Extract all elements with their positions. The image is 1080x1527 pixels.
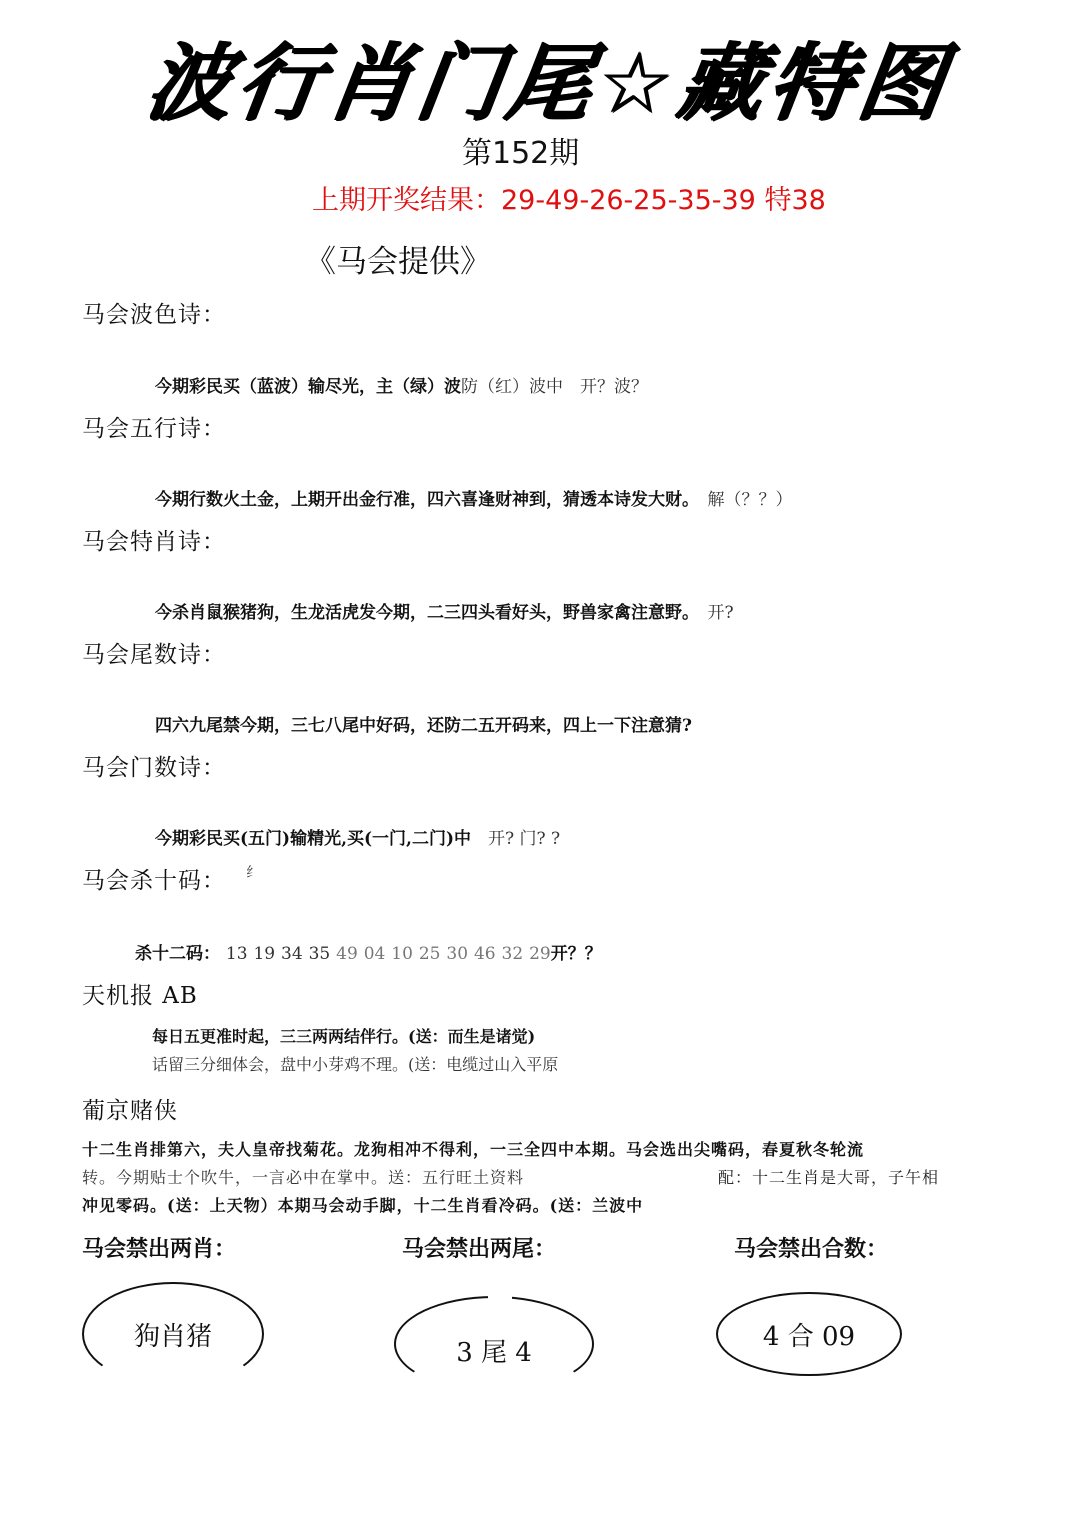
- kill-twelve-number: 34: [281, 944, 303, 964]
- stray-mark: 纟: [246, 862, 260, 882]
- poem-text-bold: 今期彩民买（蓝波）输尽光，主（绿）波: [155, 377, 461, 397]
- poem-text-bold: 今期彩民买(五门)输精光,买(一门,二门)中: [155, 829, 471, 849]
- kill-twelve-number: 19: [253, 944, 275, 964]
- poem-five-elements: 今期行数火土金，上期开出金行准，四六喜逢财神到，猜透本诗发大财。 解（？？）: [155, 485, 793, 510]
- tianji-line: 每日五更准时起，三三两两结伴行。(送：而生是诸觉): [152, 1024, 535, 1047]
- poem-wave-color: 今期彩民买（蓝波）输尽光，主（绿）波防（红）波中 开？波？: [155, 372, 648, 397]
- last-result-label: 上期开奖结果：: [312, 185, 501, 216]
- poem-text-light: 解（？？）: [691, 490, 793, 510]
- poem-text-bold: 今杀肖鼠猴猪狗，生龙活虎发今期，二三四头看好头，野兽家禽注意野。: [155, 603, 691, 623]
- ban-ellipse-zodiac: 狗肖猪: [82, 1282, 264, 1386]
- tianji-line: 话留三分细体会，盘中小芽鸡不理。(送：电缆过山入平原: [152, 1052, 558, 1075]
- ban-label-sum: 马会禁出合数：: [734, 1232, 888, 1263]
- pujing-line: 配：十二生肖是大哥，子午相: [718, 1165, 939, 1188]
- section-heading-five-elements: 马会五行诗：: [82, 410, 226, 443]
- kill-twelve-number: 04: [364, 944, 386, 964]
- section-heading-door-number: 马会门数诗：: [82, 749, 226, 782]
- ellipse-gap: [488, 1294, 512, 1302]
- section-heading-wave-color: 马会波色诗：: [82, 296, 226, 329]
- kill-twelve-label: 杀十二码：: [135, 944, 220, 964]
- ban-value-sum: 4 合 09: [763, 1316, 855, 1353]
- poem-text-light: 防（红）波中 开？波？: [461, 377, 648, 397]
- section-heading-kill-ten: 马会杀十码：: [82, 862, 226, 895]
- pujing-line: 冲见零码。(送：上天物）本期马会动手脚，十二生肖看冷码。(送：兰波中: [82, 1193, 643, 1216]
- kill-twelve-suffix: 开？？: [551, 944, 602, 964]
- poem-text-light: 开? 门? ?: [471, 829, 560, 849]
- kill-twelve-number: 10: [391, 944, 413, 964]
- provided-by: 《马会提供》: [305, 236, 491, 281]
- kill-twelve-row: 杀十二码： 13 19 34 35 49 04 10 25 30 46 32 2…: [135, 939, 602, 964]
- pujing-line: 转。今期贴士个吹牛，一言必中在掌中。送：五行旺土资料: [82, 1165, 524, 1188]
- section-heading-tail-number: 马会尾数诗：: [82, 636, 226, 669]
- ban-ellipse-sum: 4 合 09: [716, 1292, 902, 1376]
- last-result-numbers: 29-49-26-25-35-39: [501, 185, 756, 216]
- ban-label-tail: 马会禁出两尾：: [402, 1232, 556, 1263]
- kill-twelve-number: 35: [309, 944, 331, 964]
- kill-twelve-number: 25: [419, 944, 441, 964]
- ban-value-zodiac: 狗肖猪: [134, 1316, 212, 1353]
- last-result: 上期开奖结果：29-49-26-25-35-39 特38: [312, 178, 826, 217]
- tianji-heading: 天机报 AB: [82, 977, 198, 1010]
- ban-value-tail: 3 尾 4: [456, 1332, 532, 1369]
- pujing-heading: 葡京赌侠: [82, 1092, 178, 1125]
- poem-text-bold: 今期行数火土金，上期开出金行准，四六喜逢财神到，猜透本诗发大财。: [155, 490, 691, 510]
- poem-text-light: 开?: [691, 603, 734, 623]
- kill-twelve-number: 46: [474, 944, 496, 964]
- kill-twelve-number: 32: [502, 944, 524, 964]
- pujing-line: 十二生肖排第六，夫人皇帝找菊花。龙狗相冲不得利，一三全四中本期。马会选出尖嘴码，…: [82, 1137, 864, 1160]
- kill-twelve-number: 13: [226, 944, 248, 964]
- kill-twelve-number: 49: [336, 944, 358, 964]
- kill-twelve-number: 30: [446, 944, 468, 964]
- poem-special-zodiac: 今杀肖鼠猴猪狗，生龙活虎发今期，二三四头看好头，野兽家禽注意野。 开?: [155, 598, 734, 623]
- poem-tail-number: 四六九尾禁今期，三七八尾中好码，还防二五开码来，四上一下注意猜?: [155, 711, 692, 736]
- section-heading-special-zodiac: 马会特肖诗：: [82, 523, 226, 556]
- kill-twelve-number: 29: [529, 944, 551, 964]
- poem-text-bold: 四六九尾禁今期，三七八尾中好码，还防二五开码来，四上一下注意猜?: [155, 716, 692, 736]
- poem-door-number: 今期彩民买(五门)输精光,买(一门,二门)中 开? 门? ?: [155, 824, 560, 849]
- ban-ellipse-tail: 3 尾 4: [394, 1296, 594, 1392]
- ban-label-zodiac: 马会禁出两肖：: [82, 1232, 236, 1263]
- last-result-special: 特38: [764, 185, 825, 216]
- banner-title: 波行肖门尾☆藏特图: [140, 28, 895, 138]
- issue-number: 第152期: [462, 128, 579, 172]
